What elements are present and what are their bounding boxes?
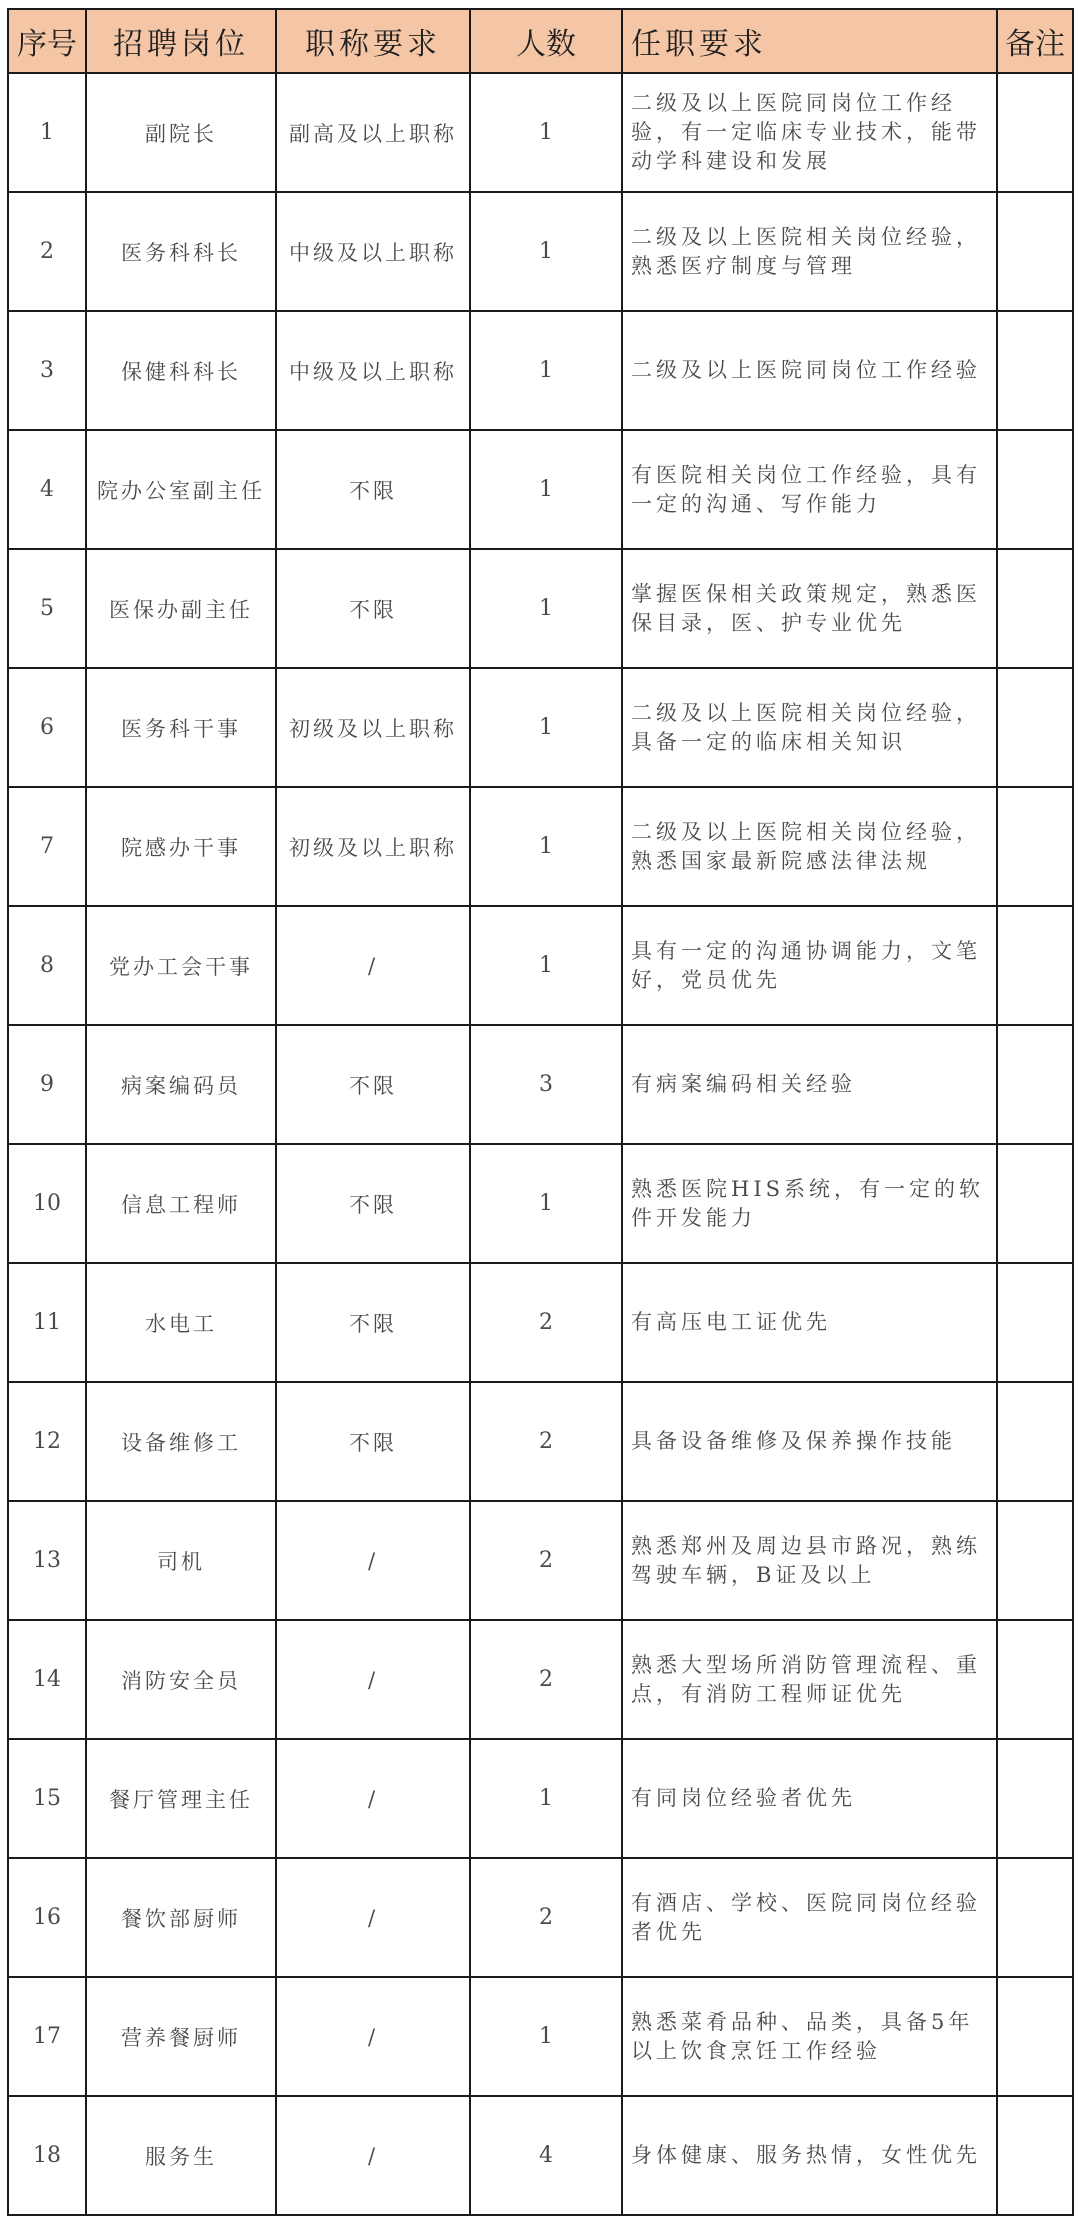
table-row: 14 消防安全员 / 2 熟悉大型场所消防管理流程、重点，有消防工程师证优先 xyxy=(8,1620,1073,1739)
cell-job-requirement: 二级及以上医院同岗位工作经验 xyxy=(622,311,997,430)
cell-remarks xyxy=(997,1501,1073,1620)
table-header: 序号 招聘岗位 职称要求 人数 任职要求 备注 xyxy=(8,9,1073,73)
cell-index: 7 xyxy=(8,787,86,906)
table-row: 7 院感办干事 初级及以上职称 1 二级及以上医院相关岗位经验，熟悉国家最新院感… xyxy=(8,787,1073,906)
cell-index: 8 xyxy=(8,906,86,1025)
cell-remarks xyxy=(997,1977,1073,2096)
cell-remarks xyxy=(997,2096,1073,2215)
cell-headcount: 1 xyxy=(470,192,622,311)
recruitment-table: 序号 招聘岗位 职称要求 人数 任职要求 备注 1 副院长 副高及以上职称 1 … xyxy=(7,8,1074,2216)
cell-title-requirement: 初级及以上职称 xyxy=(276,668,470,787)
cell-title-requirement: / xyxy=(276,2096,470,2215)
header-row: 序号 招聘岗位 职称要求 人数 任职要求 备注 xyxy=(8,9,1073,73)
cell-title-requirement: 不限 xyxy=(276,1025,470,1144)
cell-position: 院办公室副主任 xyxy=(86,430,276,549)
cell-position: 医保办副主任 xyxy=(86,549,276,668)
cell-title-requirement: / xyxy=(276,906,470,1025)
cell-remarks xyxy=(997,906,1073,1025)
cell-remarks xyxy=(997,1620,1073,1739)
cell-title-requirement: / xyxy=(276,1977,470,2096)
table-row: 6 医务科干事 初级及以上职称 1 二级及以上医院相关岗位经验，具备一定的临床相… xyxy=(8,668,1073,787)
cell-headcount: 1 xyxy=(470,1144,622,1263)
cell-headcount: 1 xyxy=(470,1739,622,1858)
table-body: 1 副院长 副高及以上职称 1 二级及以上医院同岗位工作经验，有一定临床专业技术… xyxy=(8,73,1073,2215)
cell-index: 1 xyxy=(8,73,86,192)
header-position: 招聘岗位 xyxy=(86,9,276,73)
cell-position: 院感办干事 xyxy=(86,787,276,906)
table-row: 9 病案编码员 不限 3 有病案编码相关经验 xyxy=(8,1025,1073,1144)
cell-job-requirement: 二级及以上医院相关岗位经验，熟悉医疗制度与管理 xyxy=(622,192,997,311)
cell-job-requirement: 二级及以上医院相关岗位经验，具备一定的临床相关知识 xyxy=(622,668,997,787)
table-row: 11 水电工 不限 2 有高压电工证优先 xyxy=(8,1263,1073,1382)
cell-index: 3 xyxy=(8,311,86,430)
cell-remarks xyxy=(997,1382,1073,1501)
cell-remarks xyxy=(997,1025,1073,1144)
cell-headcount: 1 xyxy=(470,906,622,1025)
cell-job-requirement: 二级及以上医院相关岗位经验，熟悉国家最新院感法律法规 xyxy=(622,787,997,906)
cell-job-requirement: 熟悉医院HIS系统，有一定的软件开发能力 xyxy=(622,1144,997,1263)
cell-remarks xyxy=(997,311,1073,430)
cell-title-requirement: 不限 xyxy=(276,1263,470,1382)
table-row: 4 院办公室副主任 不限 1 有医院相关岗位工作经验，具有一定的沟通、写作能力 xyxy=(8,430,1073,549)
cell-position: 餐厅管理主任 xyxy=(86,1739,276,1858)
cell-index: 15 xyxy=(8,1739,86,1858)
cell-job-requirement: 有高压电工证优先 xyxy=(622,1263,997,1382)
cell-headcount: 1 xyxy=(470,73,622,192)
cell-job-requirement: 有同岗位经验者优先 xyxy=(622,1739,997,1858)
cell-index: 16 xyxy=(8,1858,86,1977)
cell-title-requirement: / xyxy=(276,1739,470,1858)
table-row: 17 营养餐厨师 / 1 熟悉菜肴品种、品类，具备5年以上饮食烹饪工作经验 xyxy=(8,1977,1073,2096)
header-title-requirement: 职称要求 xyxy=(276,9,470,73)
cell-index: 10 xyxy=(8,1144,86,1263)
cell-job-requirement: 身体健康、服务热情，女性优先 xyxy=(622,2096,997,2215)
table-row: 15 餐厅管理主任 / 1 有同岗位经验者优先 xyxy=(8,1739,1073,1858)
cell-title-requirement: / xyxy=(276,1501,470,1620)
cell-remarks xyxy=(997,668,1073,787)
cell-headcount: 3 xyxy=(470,1025,622,1144)
cell-job-requirement: 二级及以上医院同岗位工作经验，有一定临床专业技术，能带动学科建设和发展 xyxy=(622,73,997,192)
cell-job-requirement: 掌握医保相关政策规定，熟悉医保目录，医、护专业优先 xyxy=(622,549,997,668)
table-row: 2 医务科科长 中级及以上职称 1 二级及以上医院相关岗位经验，熟悉医疗制度与管… xyxy=(8,192,1073,311)
table-row: 3 保健科科长 中级及以上职称 1 二级及以上医院同岗位工作经验 xyxy=(8,311,1073,430)
header-headcount: 人数 xyxy=(470,9,622,73)
cell-position: 消防安全员 xyxy=(86,1620,276,1739)
cell-headcount: 1 xyxy=(470,430,622,549)
cell-title-requirement: 不限 xyxy=(276,430,470,549)
cell-position: 保健科科长 xyxy=(86,311,276,430)
table-row: 5 医保办副主任 不限 1 掌握医保相关政策规定，熟悉医保目录，医、护专业优先 xyxy=(8,549,1073,668)
cell-headcount: 2 xyxy=(470,1382,622,1501)
cell-remarks xyxy=(997,787,1073,906)
cell-title-requirement: 不限 xyxy=(276,1144,470,1263)
cell-remarks xyxy=(997,73,1073,192)
cell-remarks xyxy=(997,1144,1073,1263)
cell-index: 12 xyxy=(8,1382,86,1501)
cell-position: 信息工程师 xyxy=(86,1144,276,1263)
cell-job-requirement: 有医院相关岗位工作经验，具有一定的沟通、写作能力 xyxy=(622,430,997,549)
cell-index: 2 xyxy=(8,192,86,311)
cell-position: 副院长 xyxy=(86,73,276,192)
cell-position: 营养餐厨师 xyxy=(86,1977,276,2096)
cell-title-requirement: 副高及以上职称 xyxy=(276,73,470,192)
table-row: 18 服务生 / 4 身体健康、服务热情，女性优先 xyxy=(8,2096,1073,2215)
cell-title-requirement: 中级及以上职称 xyxy=(276,192,470,311)
cell-index: 4 xyxy=(8,430,86,549)
cell-index: 5 xyxy=(8,549,86,668)
cell-title-requirement: 初级及以上职称 xyxy=(276,787,470,906)
cell-index: 11 xyxy=(8,1263,86,1382)
cell-headcount: 1 xyxy=(470,549,622,668)
cell-headcount: 2 xyxy=(470,1858,622,1977)
cell-position: 司机 xyxy=(86,1501,276,1620)
cell-position: 服务生 xyxy=(86,2096,276,2215)
cell-index: 14 xyxy=(8,1620,86,1739)
cell-remarks xyxy=(997,1263,1073,1382)
table-row: 16 餐饮部厨师 / 2 有酒店、学校、医院同岗位经验者优先 xyxy=(8,1858,1073,1977)
cell-headcount: 1 xyxy=(470,668,622,787)
cell-title-requirement: / xyxy=(276,1858,470,1977)
table-row: 8 党办工会干事 / 1 具有一定的沟通协调能力，文笔好，党员优先 xyxy=(8,906,1073,1025)
cell-position: 病案编码员 xyxy=(86,1025,276,1144)
cell-headcount: 1 xyxy=(470,787,622,906)
cell-job-requirement: 熟悉菜肴品种、品类，具备5年以上饮食烹饪工作经验 xyxy=(622,1977,997,2096)
cell-headcount: 2 xyxy=(470,1501,622,1620)
header-index: 序号 xyxy=(8,9,86,73)
cell-headcount: 1 xyxy=(470,1977,622,2096)
cell-position: 医务科干事 xyxy=(86,668,276,787)
cell-title-requirement: / xyxy=(276,1620,470,1739)
cell-job-requirement: 有酒店、学校、医院同岗位经验者优先 xyxy=(622,1858,997,1977)
header-job-requirement: 任职要求 xyxy=(622,9,997,73)
cell-job-requirement: 具有一定的沟通协调能力，文笔好，党员优先 xyxy=(622,906,997,1025)
table-row: 13 司机 / 2 熟悉郑州及周边县市路况，熟练驾驶车辆，B证及以上 xyxy=(8,1501,1073,1620)
cell-position: 设备维修工 xyxy=(86,1382,276,1501)
cell-index: 13 xyxy=(8,1501,86,1620)
cell-index: 17 xyxy=(8,1977,86,2096)
cell-index: 6 xyxy=(8,668,86,787)
cell-job-requirement: 熟悉大型场所消防管理流程、重点，有消防工程师证优先 xyxy=(622,1620,997,1739)
cell-index: 9 xyxy=(8,1025,86,1144)
cell-remarks xyxy=(997,549,1073,668)
cell-title-requirement: 中级及以上职称 xyxy=(276,311,470,430)
cell-position: 医务科科长 xyxy=(86,192,276,311)
table-row: 12 设备维修工 不限 2 具备设备维修及保养操作技能 xyxy=(8,1382,1073,1501)
cell-job-requirement: 熟悉郑州及周边县市路况，熟练驾驶车辆，B证及以上 xyxy=(622,1501,997,1620)
cell-remarks xyxy=(997,192,1073,311)
cell-headcount: 4 xyxy=(470,2096,622,2215)
cell-job-requirement: 有病案编码相关经验 xyxy=(622,1025,997,1144)
cell-headcount: 1 xyxy=(470,311,622,430)
cell-remarks xyxy=(997,430,1073,549)
cell-title-requirement: 不限 xyxy=(276,1382,470,1501)
cell-job-requirement: 具备设备维修及保养操作技能 xyxy=(622,1382,997,1501)
cell-position: 党办工会干事 xyxy=(86,906,276,1025)
cell-remarks xyxy=(997,1858,1073,1977)
cell-position: 水电工 xyxy=(86,1263,276,1382)
cell-remarks xyxy=(997,1739,1073,1858)
cell-headcount: 2 xyxy=(470,1620,622,1739)
header-remarks: 备注 xyxy=(997,9,1073,73)
table-row: 1 副院长 副高及以上职称 1 二级及以上医院同岗位工作经验，有一定临床专业技术… xyxy=(8,73,1073,192)
table-row: 10 信息工程师 不限 1 熟悉医院HIS系统，有一定的软件开发能力 xyxy=(8,1144,1073,1263)
cell-title-requirement: 不限 xyxy=(276,549,470,668)
cell-headcount: 2 xyxy=(470,1263,622,1382)
cell-position: 餐饮部厨师 xyxy=(86,1858,276,1977)
cell-index: 18 xyxy=(8,2096,86,2215)
